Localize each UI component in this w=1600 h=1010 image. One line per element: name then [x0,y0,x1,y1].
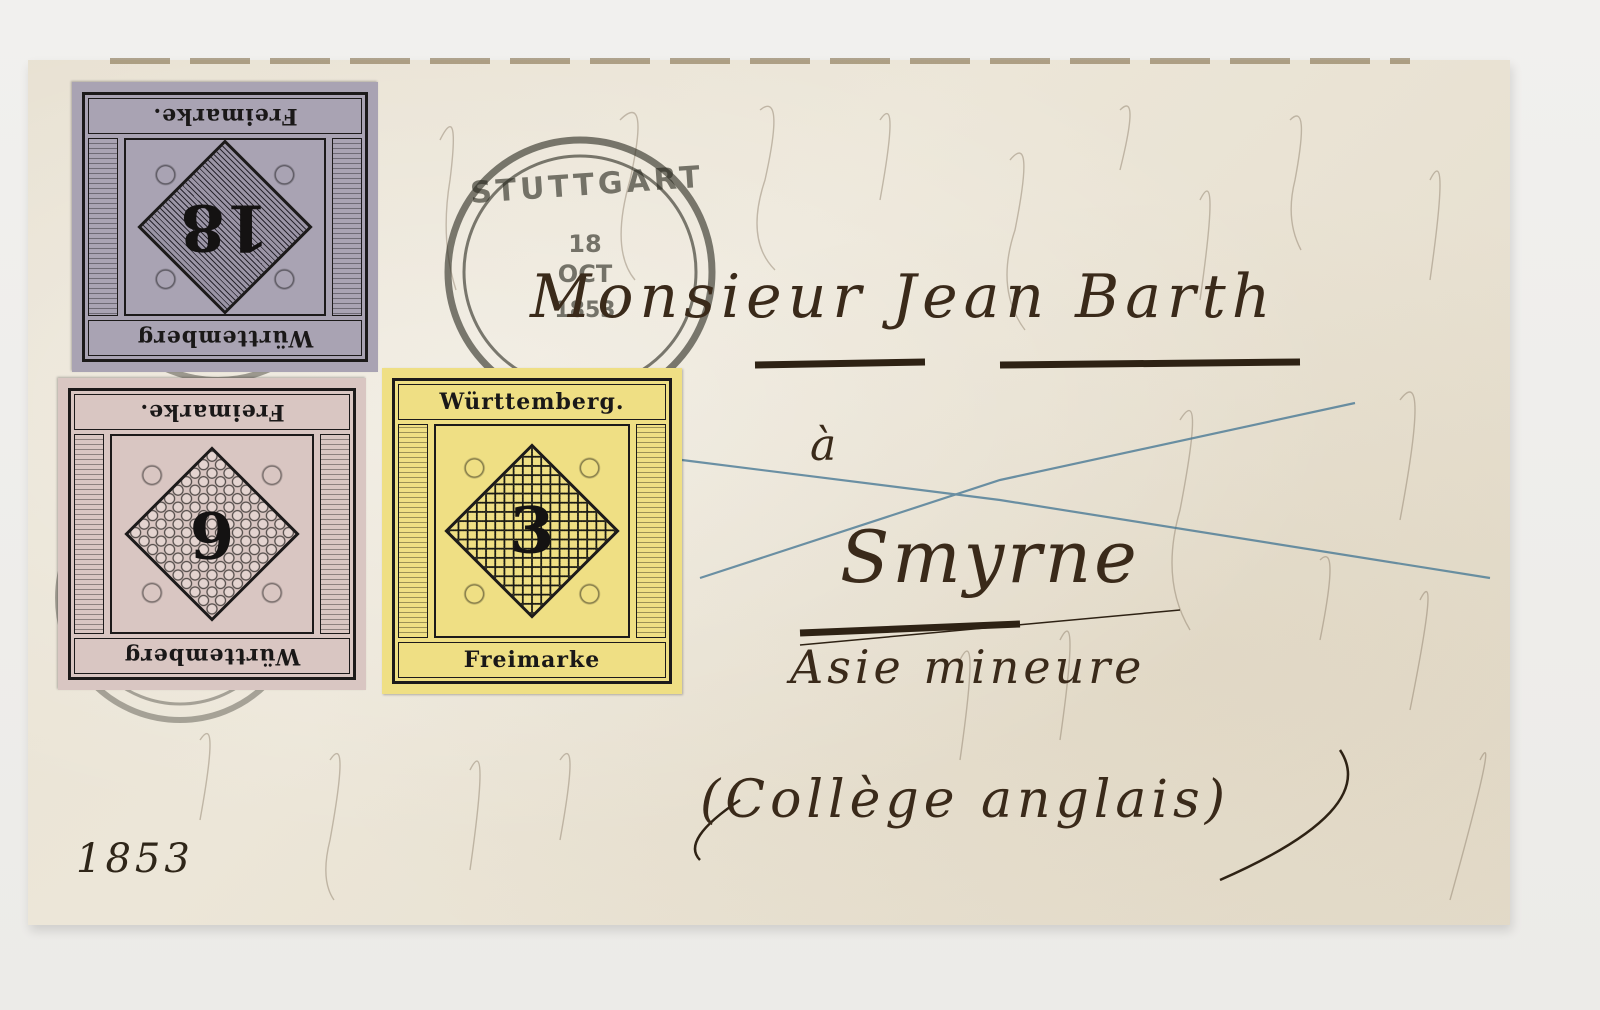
stamp-side-left [320,434,350,634]
stamp-ornament-panel: 3 [434,424,630,638]
stamp-top-label: Württemberg. [398,384,666,420]
stamp-side-left [398,424,428,638]
stamp-bottom-label: Freimarke. [88,98,362,134]
stamp-ornament-panel: 6 [110,434,314,634]
stamp-6-kreuzer: Württemberg 6 Freimarke. [58,378,366,690]
address-preposition: à [810,420,836,471]
stamp-top-label: Württemberg [74,638,350,674]
stamp-bottom-label: Freimarke. [74,394,350,430]
stamp-side-right [88,138,118,316]
stamp-side-left [332,138,362,316]
address-region: Asie mineure [790,640,1145,694]
address-institution: (Collège anglais) [700,770,1230,830]
stamp-value: 18 [126,190,324,265]
address-city: Smyrne [840,515,1140,599]
address-recipient: Monsieur Jean Barth [530,262,1276,332]
stamp-bottom-label: Freimarke [398,642,666,678]
stamp-value: 3 [436,494,628,569]
stamp-side-right [636,424,666,638]
stamp-value: 6 [112,497,312,572]
postmark-day: 18 [545,230,625,258]
stamp-3-kreuzer: Württemberg. 3 Freimarke [382,368,682,694]
stamp-top-label: Württemberg [88,320,362,356]
stamp-ornament-panel: 18 [124,138,326,316]
stamp-side-right [74,434,104,634]
year-annotation: 1853 [76,836,194,882]
stamp-18-kreuzer: Württemberg 18 Freimarke. [72,82,378,372]
